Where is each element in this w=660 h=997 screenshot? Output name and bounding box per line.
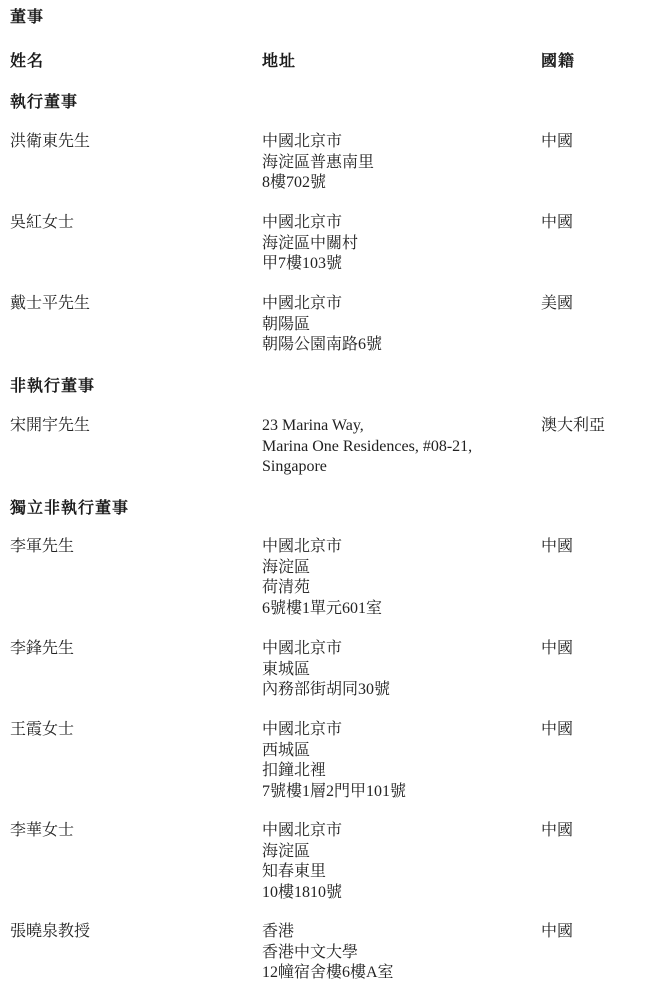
address-line: 中國北京市: [262, 821, 342, 842]
address-line: 香港中文大學: [262, 943, 394, 964]
address-line: 香港: [262, 922, 394, 943]
address-line: 10樓1810號: [262, 883, 342, 904]
column-header-address: 地址: [262, 50, 296, 72]
section-heading-independent-non-executive: 獨立非執行董事: [10, 497, 129, 519]
director-nationality: 中國: [541, 922, 573, 943]
address-line: 荷清苑: [262, 578, 382, 599]
address-line: 海淀區: [262, 842, 342, 863]
section-heading-non-executive: 非執行董事: [10, 375, 95, 397]
address-line: 東城區: [262, 660, 390, 681]
column-header-nationality: 國籍: [541, 50, 575, 72]
director-address: 中國北京市 海淀區 荷清苑 6號樓1單元601室: [262, 537, 382, 619]
address-line: 8樓702號: [262, 173, 374, 194]
address-line: 朝陽區: [262, 315, 382, 336]
director-address: 香港 香港中文大學 12幢宿舍樓6樓A室: [262, 922, 394, 984]
director-address: 中國北京市 朝陽區 朝陽公園南路6號: [262, 294, 382, 356]
address-line: 23 Marina Way,: [262, 416, 472, 437]
address-line: 6號樓1單元601室: [262, 599, 382, 620]
director-name: 吳紅女士: [10, 213, 74, 234]
column-header-name: 姓名: [10, 50, 44, 72]
director-name: 李鋒先生: [10, 639, 74, 660]
address-line: 中國北京市: [262, 639, 390, 660]
director-name: 李華女士: [10, 821, 74, 842]
director-address: 中國北京市 海淀區普惠南里 8樓702號: [262, 132, 374, 194]
address-line: 朝陽公園南路6號: [262, 335, 382, 356]
address-line: 海淀區中關村: [262, 234, 358, 255]
director-address: 中國北京市 西城區 扣鐘北裡 7號樓1層2門甲101號: [262, 720, 406, 802]
director-address: 中國北京市 海淀區 知春東里 10樓1810號: [262, 821, 342, 903]
address-line: 西城區: [262, 741, 406, 762]
director-nationality: 中國: [541, 132, 573, 153]
director-name: 王霞女士: [10, 720, 74, 741]
address-line: 海淀區普惠南里: [262, 153, 374, 174]
directors-page: 董事 姓名 地址 國籍 執行董事 洪衛東先生 中國北京市 海淀區普惠南里 8樓7…: [0, 0, 660, 997]
address-line: 7號樓1層2門甲101號: [262, 782, 406, 803]
director-name: 李軍先生: [10, 537, 74, 558]
director-nationality: 中國: [541, 639, 573, 660]
address-line: 知春東里: [262, 862, 342, 883]
page-title: 董事: [10, 6, 44, 28]
address-line: 中國北京市: [262, 213, 358, 234]
director-nationality: 澳大利亞: [541, 416, 605, 437]
address-line: 扣鐘北裡: [262, 761, 406, 782]
director-name: 戴士平先生: [10, 294, 90, 315]
section-heading-executive: 執行董事: [10, 91, 78, 113]
address-line: Singapore: [262, 457, 472, 478]
address-line: 中國北京市: [262, 720, 406, 741]
address-line: 甲7樓103號: [262, 254, 358, 275]
director-nationality: 中國: [541, 213, 573, 234]
director-name: 洪衛東先生: [10, 132, 90, 153]
director-nationality: 中國: [541, 720, 573, 741]
director-address: 23 Marina Way, Marina One Residences, #0…: [262, 416, 472, 478]
director-address: 中國北京市 東城區 內務部街胡同30號: [262, 639, 390, 701]
address-line: 內務部街胡同30號: [262, 680, 390, 701]
address-line: 中國北京市: [262, 132, 374, 153]
director-nationality: 美國: [541, 294, 573, 315]
address-line: 海淀區: [262, 558, 382, 579]
address-line: 中國北京市: [262, 294, 382, 315]
director-address: 中國北京市 海淀區中關村 甲7樓103號: [262, 213, 358, 275]
address-line: 中國北京市: [262, 537, 382, 558]
director-nationality: 中國: [541, 537, 573, 558]
director-nationality: 中國: [541, 821, 573, 842]
address-line: Marina One Residences, #08-21,: [262, 437, 472, 458]
address-line: 12幢宿舍樓6樓A室: [262, 963, 394, 984]
director-name: 宋開宇先生: [10, 416, 90, 437]
director-name: 張曉泉教授: [10, 922, 90, 943]
